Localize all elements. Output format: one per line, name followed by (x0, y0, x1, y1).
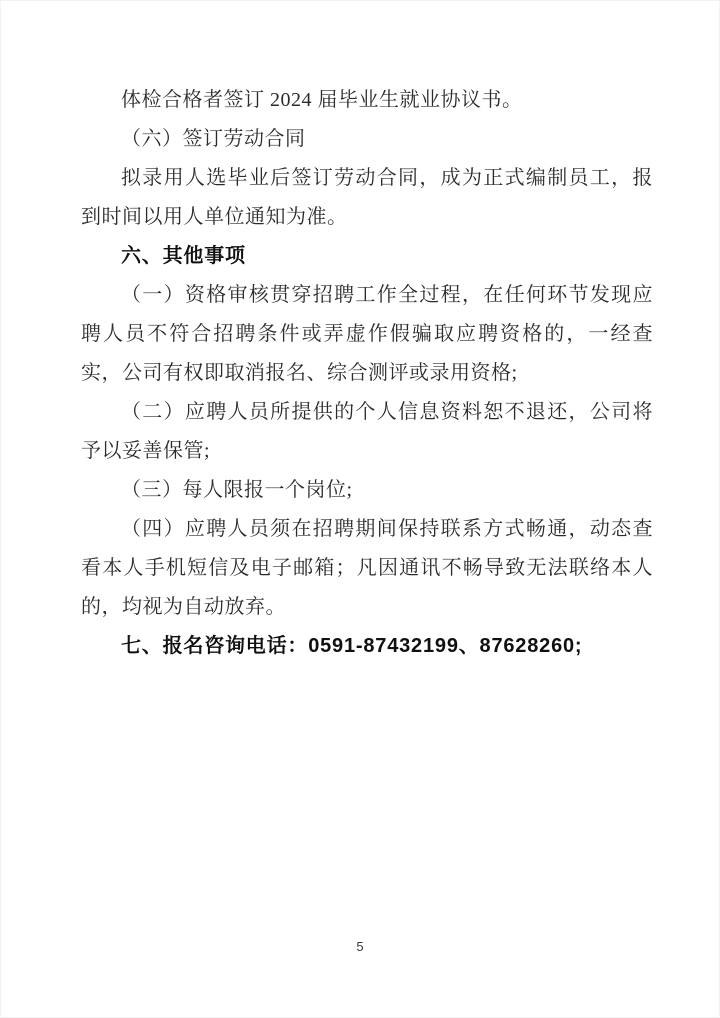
paragraph-item-1-qualification-review: （一）资格审核贯穿招聘工作全过程，在任何环节发现应聘人员不符合招聘条件或弄虚作假… (81, 276, 653, 393)
paragraph-item-2-personal-info: （二）应聘人员所提供的个人信息资料恕不退还，公司将予以妥善保管; (81, 393, 653, 471)
paragraph-section-6-sign-labor-contract: （六）签订劳动合同 (81, 120, 653, 159)
section-heading-other-matters: 六、其他事项 (81, 237, 653, 276)
paragraph-labor-contract-details: 拟录用人选毕业后签订劳动合同，成为正式编制员工，报到时间以用人单位通知为准。 (81, 159, 653, 237)
document-body: 体检合格者签订 2024 届毕业生就业协议书。 （六）签订劳动合同 拟录用人选毕… (81, 81, 653, 666)
section-heading-inquiry-phone: 七、报名咨询电话：0591-87432199、87628260; (81, 627, 653, 666)
paragraph-item-3-one-position-limit: （三）每人限报一个岗位; (81, 471, 653, 510)
paragraph-item-4-keep-contactable: （四）应聘人员须在招聘期间保持联系方式畅通，动态查看本人手机短信及电子邮箱；凡因… (81, 510, 653, 627)
document-page: 体检合格者签订 2024 届毕业生就业协议书。 （六）签订劳动合同 拟录用人选毕… (0, 0, 720, 1018)
paragraph-medical-check-agreement: 体检合格者签订 2024 届毕业生就业协议书。 (81, 81, 653, 120)
page-number: 5 (1, 939, 719, 954)
